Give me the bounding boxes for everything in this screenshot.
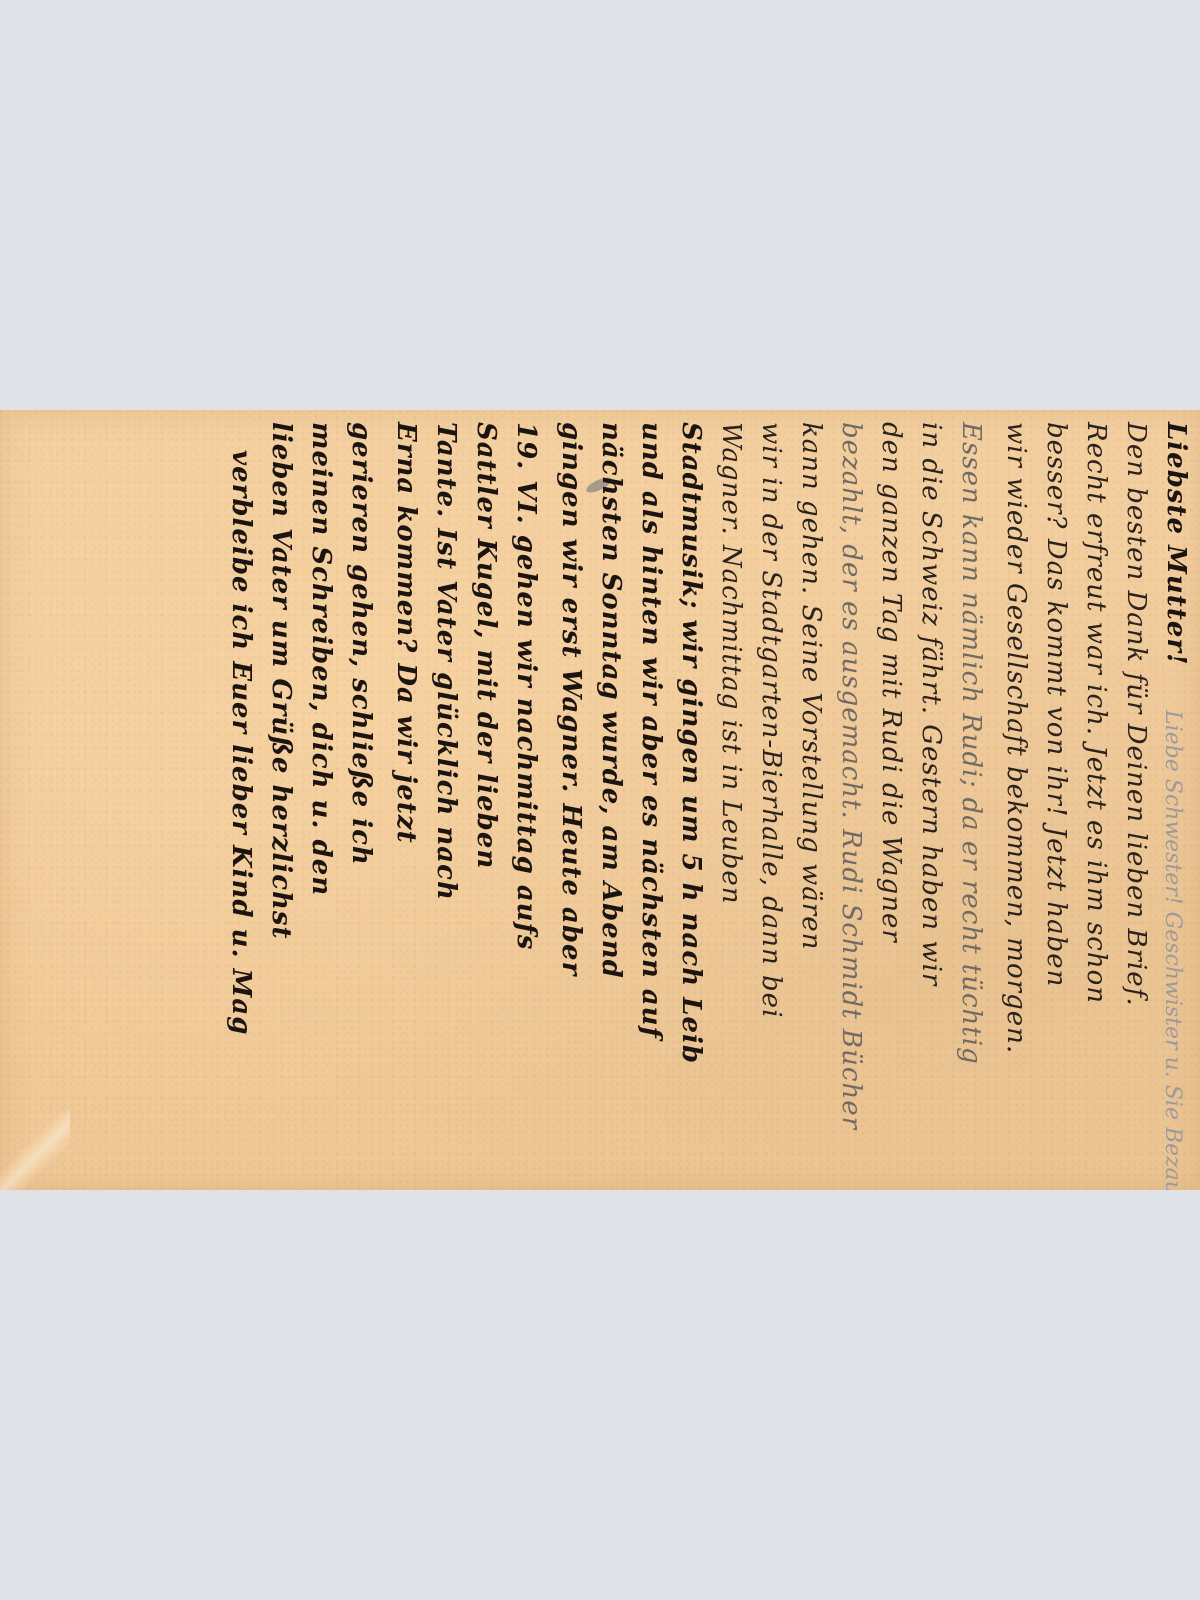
paper-crease [0, 1110, 70, 1190]
text-line-15: nächsten Sonntag wurde, am Abend [595, 410, 627, 1190]
text-line-13: Stadtmusik; wir gingen um 5 h nach Leib [675, 410, 707, 1190]
text-line-8: den ganzen Tag mit Rudi die Wagner [875, 410, 907, 1190]
text-line-6: Essen kann nämlich Rudi; da er recht tüc… [955, 410, 987, 1190]
text-line-9: bezahlt, der es ausgemacht. Rudi Schmidt… [835, 410, 867, 1190]
text-line-4: besser? Das kommt von ihr! Jetzt haben [1040, 410, 1072, 1190]
text-line-7: in die Schweiz fährt. Gestern haben wir [915, 410, 947, 1190]
image-viewer: Liebste Mutter! Liebe Schwester! Geschwi… [0, 0, 1200, 1600]
text-line-3: Recht erfreut war ich. Jetzt es ihm scho… [1080, 410, 1112, 1190]
text-line-18: Sattler Kugel, mit der lieben [470, 410, 502, 1190]
text-line-12: Wagner. Nachmittag ist in Leuben [715, 410, 747, 1190]
text-line-17: 19. VI. gehen wir nachmittag aufs [510, 410, 542, 1190]
text-line-16: gingen wir erst Wagner. Heute aber [555, 410, 587, 1190]
pencil-annotation: Liebe Schwester! Geschwister u. Sie Beza… [1160, 710, 1185, 1190]
text-line-24: verbleibe ich Euer lieber Kind u. Mag [225, 410, 257, 1190]
text-line-11: wir in der Stadtgarten-Bierhalle, dann b… [755, 410, 787, 1190]
text-line-21: gerieren gehen, schließe ich [345, 410, 377, 1190]
text-line-23: lieben Vater um Grüße herzlichst [265, 410, 297, 1190]
text-line-10: kann gehen. Seine Vorstellung wären [795, 410, 827, 1190]
text-line-22: meinen Schreiben, dich u. den [305, 410, 337, 1190]
greeting: Liebste Mutter! [1162, 422, 1190, 665]
text-line-5: wir wieder Gesellschaft bekommen, morgen… [1000, 410, 1032, 1190]
text-line-2: Den besten Dank für Deinen lieben Brief. [1120, 410, 1152, 1190]
text-line-20: Erna kommen? Da wir jetzt [390, 410, 422, 1190]
text-line-19: Tante. Ist Vater glücklich nach [430, 410, 462, 1190]
text-line-14: und als hinten wir aber es nächsten auf [635, 410, 667, 1190]
postcard-scan: Liebste Mutter! Liebe Schwester! Geschwi… [0, 410, 1200, 1190]
